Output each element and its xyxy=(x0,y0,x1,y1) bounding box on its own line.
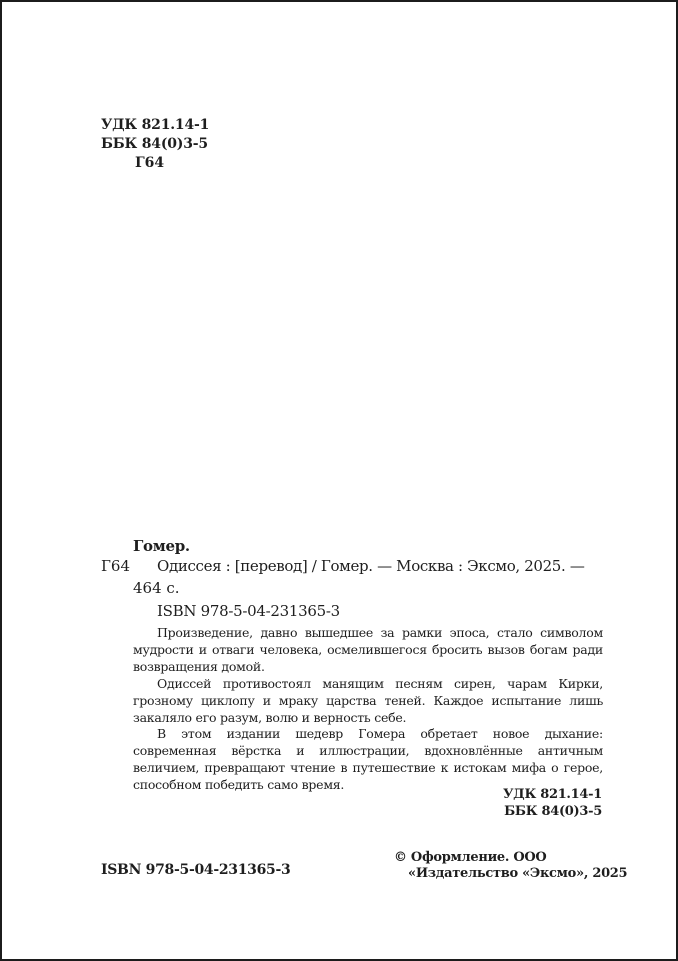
copyright-line-2: «Издательство «Эксмо», 2025 xyxy=(408,866,627,881)
bbk-code-bottom: ББК 84(0)3-5 xyxy=(504,804,602,819)
annotation-paragraph: В этом издании шедевр Гомера обретает но… xyxy=(133,726,603,794)
record-pages: 464 с. xyxy=(133,579,180,597)
udk-code-top: УДК 821.14-1 xyxy=(101,117,209,133)
record-author-mark: Г64 xyxy=(101,557,130,575)
udk-code-bottom: УДК 821.14-1 xyxy=(503,787,602,802)
annotation: Произведение, давно вышедшее за рамки эп… xyxy=(133,625,603,794)
record-title-line: Одиссея : [перевод] / Гомер. — Москва : … xyxy=(157,557,584,575)
record-author: Гомер. xyxy=(133,537,190,555)
bbk-code-top: ББК 84(0)3-5 xyxy=(101,136,208,152)
author-mark-top: Г64 xyxy=(135,155,164,171)
annotation-paragraph: Одиссей противостоял манящим песням сире… xyxy=(133,676,603,727)
footer-isbn: ISBN 978-5-04-231365-3 xyxy=(101,862,290,878)
record-isbn: ISBN 978-5-04-231365-3 xyxy=(157,602,340,620)
annotation-paragraph: Произведение, давно вышедшее за рамки эп… xyxy=(133,625,603,676)
copyright-line-1: © Оформление. ООО xyxy=(394,850,546,865)
